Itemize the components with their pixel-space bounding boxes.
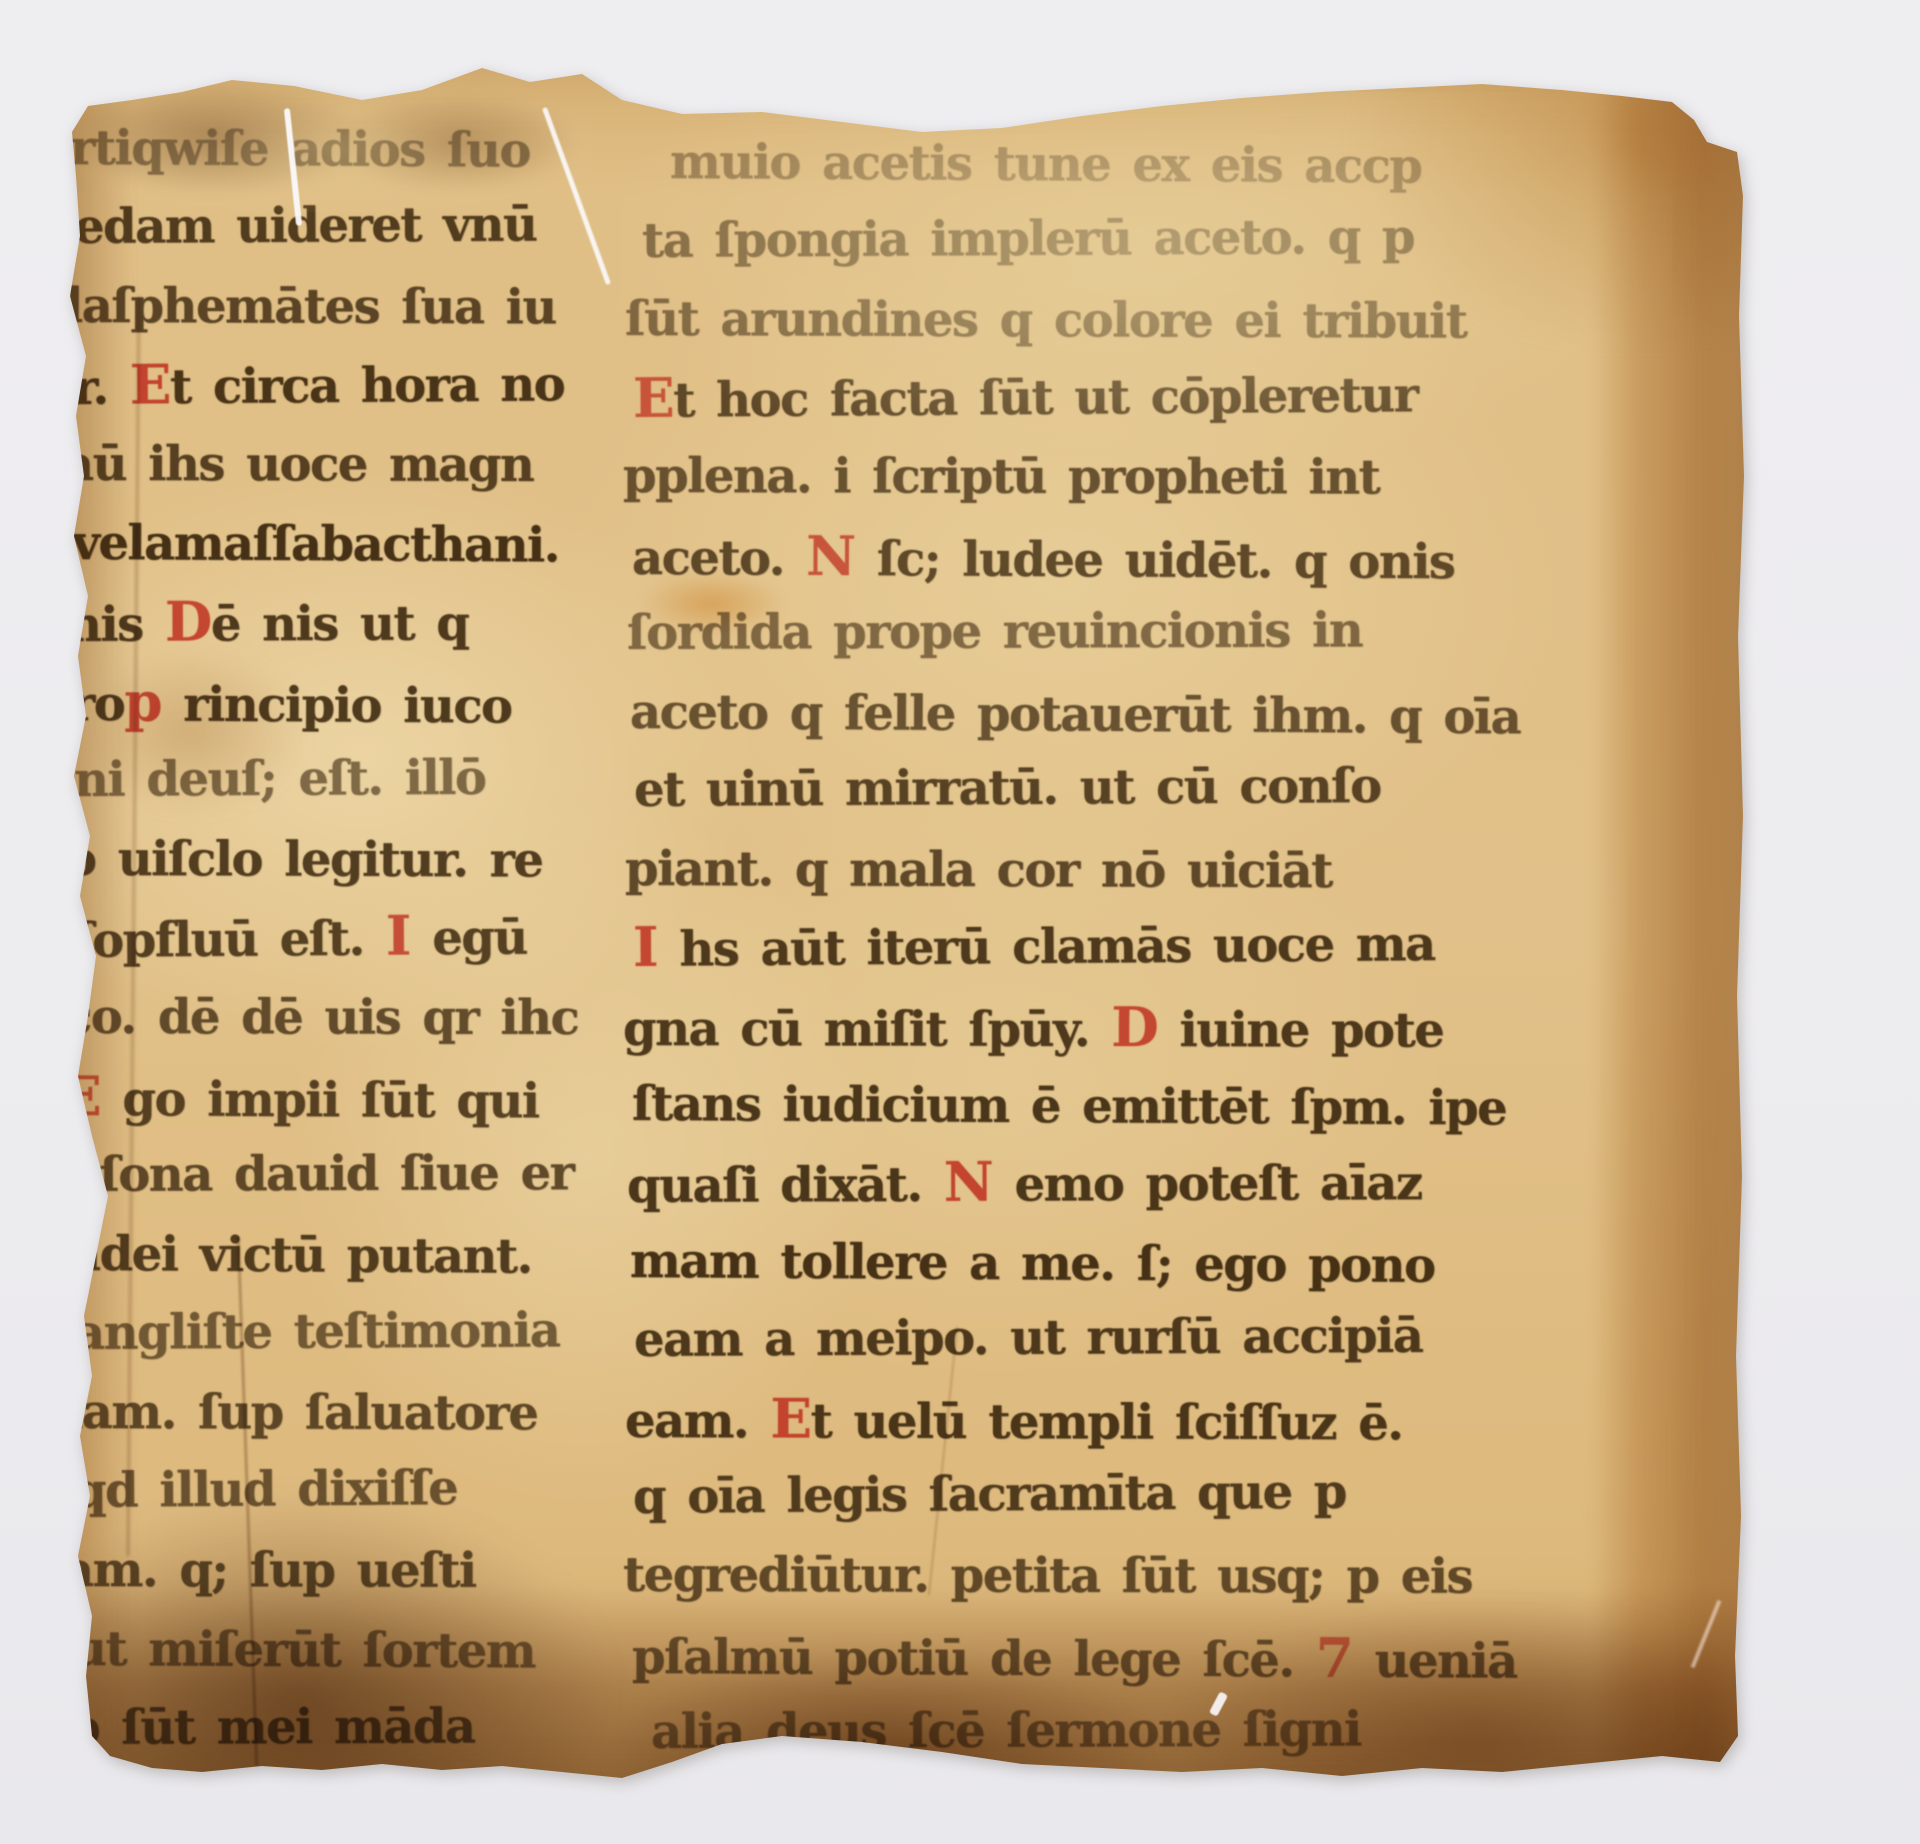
rubric-initial: E	[60, 1064, 101, 1128]
text-run: ni deuſ; eſt. illō	[74, 750, 486, 808]
rubric-initial: E	[633, 365, 674, 429]
manuscript-line: ſordida prope reuincionis in	[627, 600, 1362, 663]
parchment-fragment-wrap: rtiqwiſe adios ſuoedam uideret vnūlaſphe…	[62, 56, 1752, 1816]
manuscript-line: ta ſpongia implerū aceto. q p	[642, 206, 1414, 270]
manuscript-line: o uiſclo legitur. re	[65, 829, 543, 890]
parchment-fragment: rtiqwiſe adios ſuoedam uideret vnūlaſphe…	[62, 56, 1752, 1816]
text-run: mam tollere a me. ſ; ego pono	[630, 1233, 1435, 1294]
manuscript-line: am. q; ſup ueſti	[63, 1540, 476, 1601]
manuscript-line: piant. q mala cor nō uiciāt	[625, 839, 1332, 901]
rubric-initial: D	[165, 589, 211, 653]
manuscript-line: mam tollere a me. ſ; ego pono	[630, 1231, 1435, 1296]
manuscript-line: rop rincipio iuco	[70, 671, 512, 737]
text-run: iuine pote	[1157, 1002, 1443, 1059]
text-column-right: muio acetis tune ex eis accpta ſpongia i…	[630, 132, 1690, 1812]
text-run: ro	[70, 676, 125, 732]
rubric-initial: 7	[1316, 1625, 1353, 1689]
text-run: angliſte teſtimonia	[74, 1302, 560, 1361]
manuscript-line: E go impii ſūt qui	[60, 1066, 539, 1132]
text-run: eam a meipo. ut rurſū accipiā	[634, 1307, 1423, 1367]
text-run: ſtans iudicium ē emittēt ſpm. ipe	[632, 1076, 1506, 1137]
rubric-initial: E	[130, 352, 171, 416]
text-run: tegrediūtur. petita ſūt usq; p eis	[623, 1547, 1472, 1605]
manuscript-line: ſtans iudicium ē emittēt ſpm. ipe	[632, 1074, 1506, 1139]
text-column-left: rtiqwiſe adios ſuoedam uideret vnūlaſphe…	[70, 118, 630, 1798]
text-run: p ſūt mei māda	[67, 1699, 475, 1756]
text-run: aceto.	[632, 530, 806, 587]
text-run: pſalmū potiū de lege ſcē.	[632, 1629, 1316, 1689]
text-run: hs aūt iterū clamās uoce ma	[657, 916, 1435, 978]
manuscript-line: et uinū mirratū. ut cū conſo	[634, 756, 1381, 820]
manuscript-line: eam a meipo. ut rurſū accipiā	[634, 1305, 1423, 1369]
text-run: r.	[73, 360, 130, 416]
text-run: laſphemātes ſua iu	[65, 278, 556, 336]
rubric-initial: D	[1111, 995, 1157, 1059]
text-run: nis	[67, 597, 165, 653]
manuscript-line: q oīa legis ſacramīta que p	[633, 1461, 1346, 1526]
manuscript-line: alia deus ſcē ſermone ſigni	[651, 1700, 1361, 1762]
pale-scratch	[1691, 1600, 1722, 1668]
text-run: velamaſſabacthani.	[72, 515, 559, 574]
text-run: alia deus ſcē ſermone ſigni	[651, 1702, 1361, 1760]
text-run: ē nis ut q	[211, 596, 469, 653]
manuscript-line: ſopfluū eſt. I egū	[73, 905, 527, 971]
text-run: qd illud dixiſſe	[73, 1460, 458, 1519]
manuscript-line: ni deuſ; eſt. illō	[74, 748, 486, 810]
text-run: ueniā	[1352, 1632, 1517, 1689]
text-run: ut miſerūt ſortem	[72, 1621, 535, 1679]
manuscript-line: r. Et circa hora no	[73, 351, 565, 418]
manuscript-line: I hs aūt iterū clamās uoce ma	[633, 911, 1435, 980]
rubric-initial: E	[770, 1386, 810, 1450]
text-run: adei victū putant.	[70, 1226, 532, 1285]
manuscript-line: co. dē dē uis qr ihc	[63, 987, 578, 1048]
text-run: t hoc facta ſūt ut cōpleretur	[673, 367, 1418, 428]
text-run: co. dē dē uis qr ihc	[63, 989, 578, 1046]
manuscript-line: nis Dē nis ut q	[67, 591, 469, 655]
manuscript-line: ſūt arundines q colore ei tribuit	[625, 289, 1467, 352]
text-run: piant. q mala cor nō uiciāt	[625, 841, 1332, 899]
text-run: am. q; ſup ueſti	[63, 1542, 476, 1599]
text-run: emo poteſt aīaz	[992, 1155, 1421, 1212]
text-run: go impii ſūt qui	[100, 1071, 539, 1129]
text-run: o uiſclo legitur. re	[65, 831, 543, 888]
rubric-initial: I	[633, 915, 658, 979]
text-run: ſc; ludee uidēt. q onis	[855, 531, 1455, 590]
rubric-initial: I	[386, 904, 411, 968]
manuscript-line: pplena. i ſcriptū propheti int	[623, 446, 1379, 508]
text-run: muio acetis tune ex eis accp	[670, 134, 1422, 195]
manuscript-line: p ſūt mei māda	[67, 1697, 475, 1758]
text-run: gna cū miſit ſpūy.	[623, 1001, 1111, 1058]
manuscript-line: eam. Et uelū templi ſciſſuz ē.	[625, 1388, 1403, 1453]
manuscript-line: rtiqwiſe adios ſuo	[70, 118, 530, 181]
manuscript-line: iam. ſup ſaluatore	[65, 1382, 538, 1443]
manuscript-line: ut miſerūt ſortem	[72, 1619, 535, 1681]
rubric-initial: p	[124, 669, 161, 733]
manuscript-line: qd illud dixiſſe	[73, 1458, 458, 1521]
text-run: aū ihs uoce magn	[63, 436, 533, 493]
manuscript-line: velamaſſabacthani.	[72, 513, 559, 576]
manuscript-line: aceto. N ſc; ludee uidēt. q onis	[632, 525, 1455, 592]
text-run: iam. ſup ſaluatore	[65, 1384, 538, 1441]
manuscript-line: muio acetis tune ex eis accp	[670, 132, 1422, 197]
text-run: rincipio iuco	[161, 677, 512, 735]
text-run: rtiqwiſe adios ſuo	[70, 120, 530, 179]
manuscript-line: angliſte teſtimonia	[74, 1300, 560, 1363]
photograph-background: { "description": "Photograph of a trimme…	[0, 0, 1920, 1844]
text-run: pſona dauid ſiue er	[67, 1145, 574, 1203]
text-run: ſopfluū eſt.	[73, 911, 386, 969]
manuscript-line: quaſi dixāt. N emo poteſt aīaz	[627, 1150, 1422, 1216]
rubric-initial: N	[944, 1149, 993, 1213]
rubric-initial: N	[806, 523, 855, 587]
manuscript-line: aū ihs uoce magn	[63, 434, 533, 495]
text-run: q oīa legis ſacramīta que p	[633, 1463, 1346, 1524]
text-run: t uelū templi ſciſſuz ē.	[810, 1394, 1402, 1452]
manuscript-line: pſalmū potiū de lege ſcē. 7 ueniā	[632, 1624, 1517, 1692]
manuscript-line: pſona dauid ſiue er	[67, 1143, 574, 1205]
text-run: edam uideret vnū	[74, 197, 537, 255]
text-run: t circa hora no	[170, 356, 565, 415]
text-run: eam.	[625, 1393, 771, 1449]
manuscript-line: tegrediūtur. petita ſūt usq; p eis	[623, 1545, 1472, 1607]
text-run: ſordida prope reuincionis in	[627, 602, 1362, 661]
text-run: et uinū mirratū. ut cū conſo	[634, 758, 1381, 818]
manuscript-line: laſphemātes ſua iu	[65, 276, 556, 338]
text-run: pplena. i ſcriptū propheti int	[623, 448, 1379, 506]
manuscript-line: gna cū miſit ſpūy. D iuine pote	[623, 996, 1443, 1061]
manuscript-line: Et hoc facta ſūt ut cōpleretur	[633, 362, 1418, 431]
text-run: aceto q felle potauerūt ihm. q oīa	[630, 684, 1521, 745]
manuscript-line: edam uideret vnū	[74, 195, 537, 257]
text-run: quaſi dixāt.	[627, 1156, 944, 1213]
manuscript-line: adei victū putant.	[70, 1224, 532, 1287]
text-run: egū	[410, 910, 527, 967]
text-run: ta ſpongia implerū aceto. q p	[642, 208, 1414, 268]
text-run: ſūt arundines q colore ei tribuit	[625, 291, 1467, 350]
manuscript-line: aceto q felle potauerūt ihm. q oīa	[630, 682, 1521, 747]
